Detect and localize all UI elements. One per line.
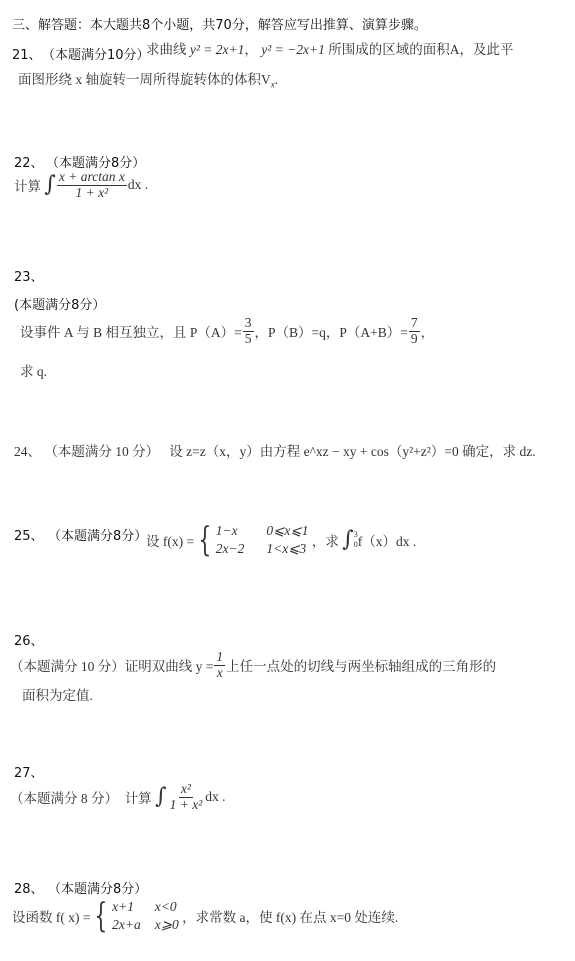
q25-prefix: 设 f(x) = [146,530,194,550]
q26-den: x [215,666,225,681]
integral-sign: ∫ [44,174,55,196]
q24-score: （本题满分 10 分） [44,444,159,459]
q21-suffix: 所围成的区域的面积A，及此平 [328,42,513,57]
q22-body: 计算 ∫ x + arctan x 1 + x² dx . [14,170,148,201]
q28-case1-cond: x<0 [155,898,179,916]
q26-text1: 证明双曲线 y = [125,655,214,675]
q27-denominator: 1 + x² [168,798,205,813]
brace-icon: { [198,523,211,557]
q21-sep: ， [244,42,258,57]
q21-prefix: 求曲线 [146,42,187,57]
q24-number: 24、 [14,444,41,459]
q22-denominator: 1 + x² [74,186,111,201]
q21-eq1: y² = 2x+1 [190,42,245,57]
q23-number: 23、 [14,266,44,285]
section-header: 三、解答题：本大题共8个小题，共70分，解答应写出推算、演算步骤。 [12,14,427,33]
q21-number: 21、 [12,44,42,63]
q22-fraction: x + arctan x 1 + x² [57,170,127,201]
q22-suffix: dx . [128,177,148,193]
q23-pa-num: 3 [243,316,254,332]
q23-text3: ， [421,321,435,341]
q26-body: （本题满分 10 分） 证明双曲线 y = 1 x 上任一点处的切线与两坐标轴组… [10,650,496,681]
q22-numerator: x + arctan x [57,170,127,186]
q27-fraction: x² 1 + x² [168,782,205,813]
q27-number: 27、 [14,762,44,781]
integral-sign: ∫ [155,786,166,808]
q21-score: （本题满分10分） [42,44,150,63]
q25-body: 设 f(x) = { 1−x 0⩽x⩽1 2x−2 1<x⩽3 ，求 ∫30 f… [146,522,416,557]
q21-line1: 求曲线 y² = 2x+1， y² = −2x+1 所围成的区域的面积A，及此平 [146,38,514,58]
q23-pab-num: 7 [409,316,420,332]
q22-prefix: 计算 [14,175,41,195]
q28-number: 28、 [14,878,44,897]
q25-case2-expr: 2x−2 [216,540,245,558]
q25-case2-cond: 1<x⩽3 [266,540,308,558]
q26-num: 1 [214,650,225,666]
q27-suffix: dx . [205,789,225,805]
q23-pab-fraction: 7 9 [409,316,420,347]
q25-score: （本题满分8分） [48,525,147,544]
q28-cases: x+1 x<0 2x+a x⩾0 [112,898,179,933]
q25-number: 25、 [14,525,44,544]
q21-line2-text: 面图形绕 x 轴旋转一周所得旋转体的体积V [18,72,271,87]
q28-prefix: 设函数 f( x) = [12,906,90,926]
q23-body: 设事件 A 与 B 相互独立，且 P（A）= 3 5 ，P（B）=q，P（A+B… [20,316,434,347]
q24-line: 24、 （本题满分 10 分） 设 z=z（x，y）由方程 e^xz − xy … [14,440,536,460]
q23-pab-den: 9 [409,332,420,347]
q26-fraction: 1 x [214,650,225,681]
q25-case1-cond: 0⩽x⩽1 [266,522,308,540]
brace-icon: { [95,899,108,933]
q24-text: 设 z=z（x，y）由方程 e^xz − xy + cos（y²+z²）=0 确… [169,444,535,459]
q28-case2-cond: x⩾0 [155,916,179,934]
q21-line2: 面图形绕 x 轴旋转一周所得旋转体的体积Vx. [18,68,278,90]
q23-text2: ，P（B）=q，P（A+B）= [255,321,408,341]
q28-suffix: ，求常数 a，使 f(x) 在点 x=0 处连续. [182,906,398,926]
q25-cases: 1−x 0⩽x⩽1 2x−2 1<x⩽3 [216,522,309,557]
integral-sign: ∫ [342,529,353,551]
q28-body: 设函数 f( x) = { x+1 x<0 2x+a x⩾0 ，求常数 a，使 … [12,898,398,933]
q26-text2: 上任一点处的切线与两坐标轴组成的三角形的 [226,655,496,675]
q26-number: 26、 [14,630,44,649]
q27-prefix: 计算 [125,787,152,807]
q26-score: （本题满分 10 分） [10,655,125,675]
q21-eq2: y² = −2x+1 [261,42,325,57]
q23-text1: 设事件 A 与 B 相互独立，且 P（A）= [20,321,242,341]
q26-line2: 面积为定值. [22,684,93,704]
q21-end: . [275,72,278,87]
q22-number: 22、 [14,152,44,171]
q23-line2: 求 q. [20,360,47,380]
q27-numerator: x² [179,782,193,798]
q23-score: (本题满分8分） [14,294,105,313]
q28-case2-expr: 2x+a [112,916,141,934]
q23-pa-fraction: 3 5 [243,316,254,347]
q25-case1-expr: 1−x [216,522,245,540]
q23-pa-den: 5 [243,332,254,347]
q28-score: （本题满分8分） [48,878,147,897]
q25-suffix-post: f（x）dx . [358,530,417,550]
q28-case1-expr: x+1 [112,898,141,916]
q25-suffix-pre: ，求 [312,530,339,550]
q27-score: （本题满分 8 分） [10,787,118,807]
q27-body: （本题满分 8 分） 计算 ∫ x² 1 + x² dx . [10,782,226,813]
